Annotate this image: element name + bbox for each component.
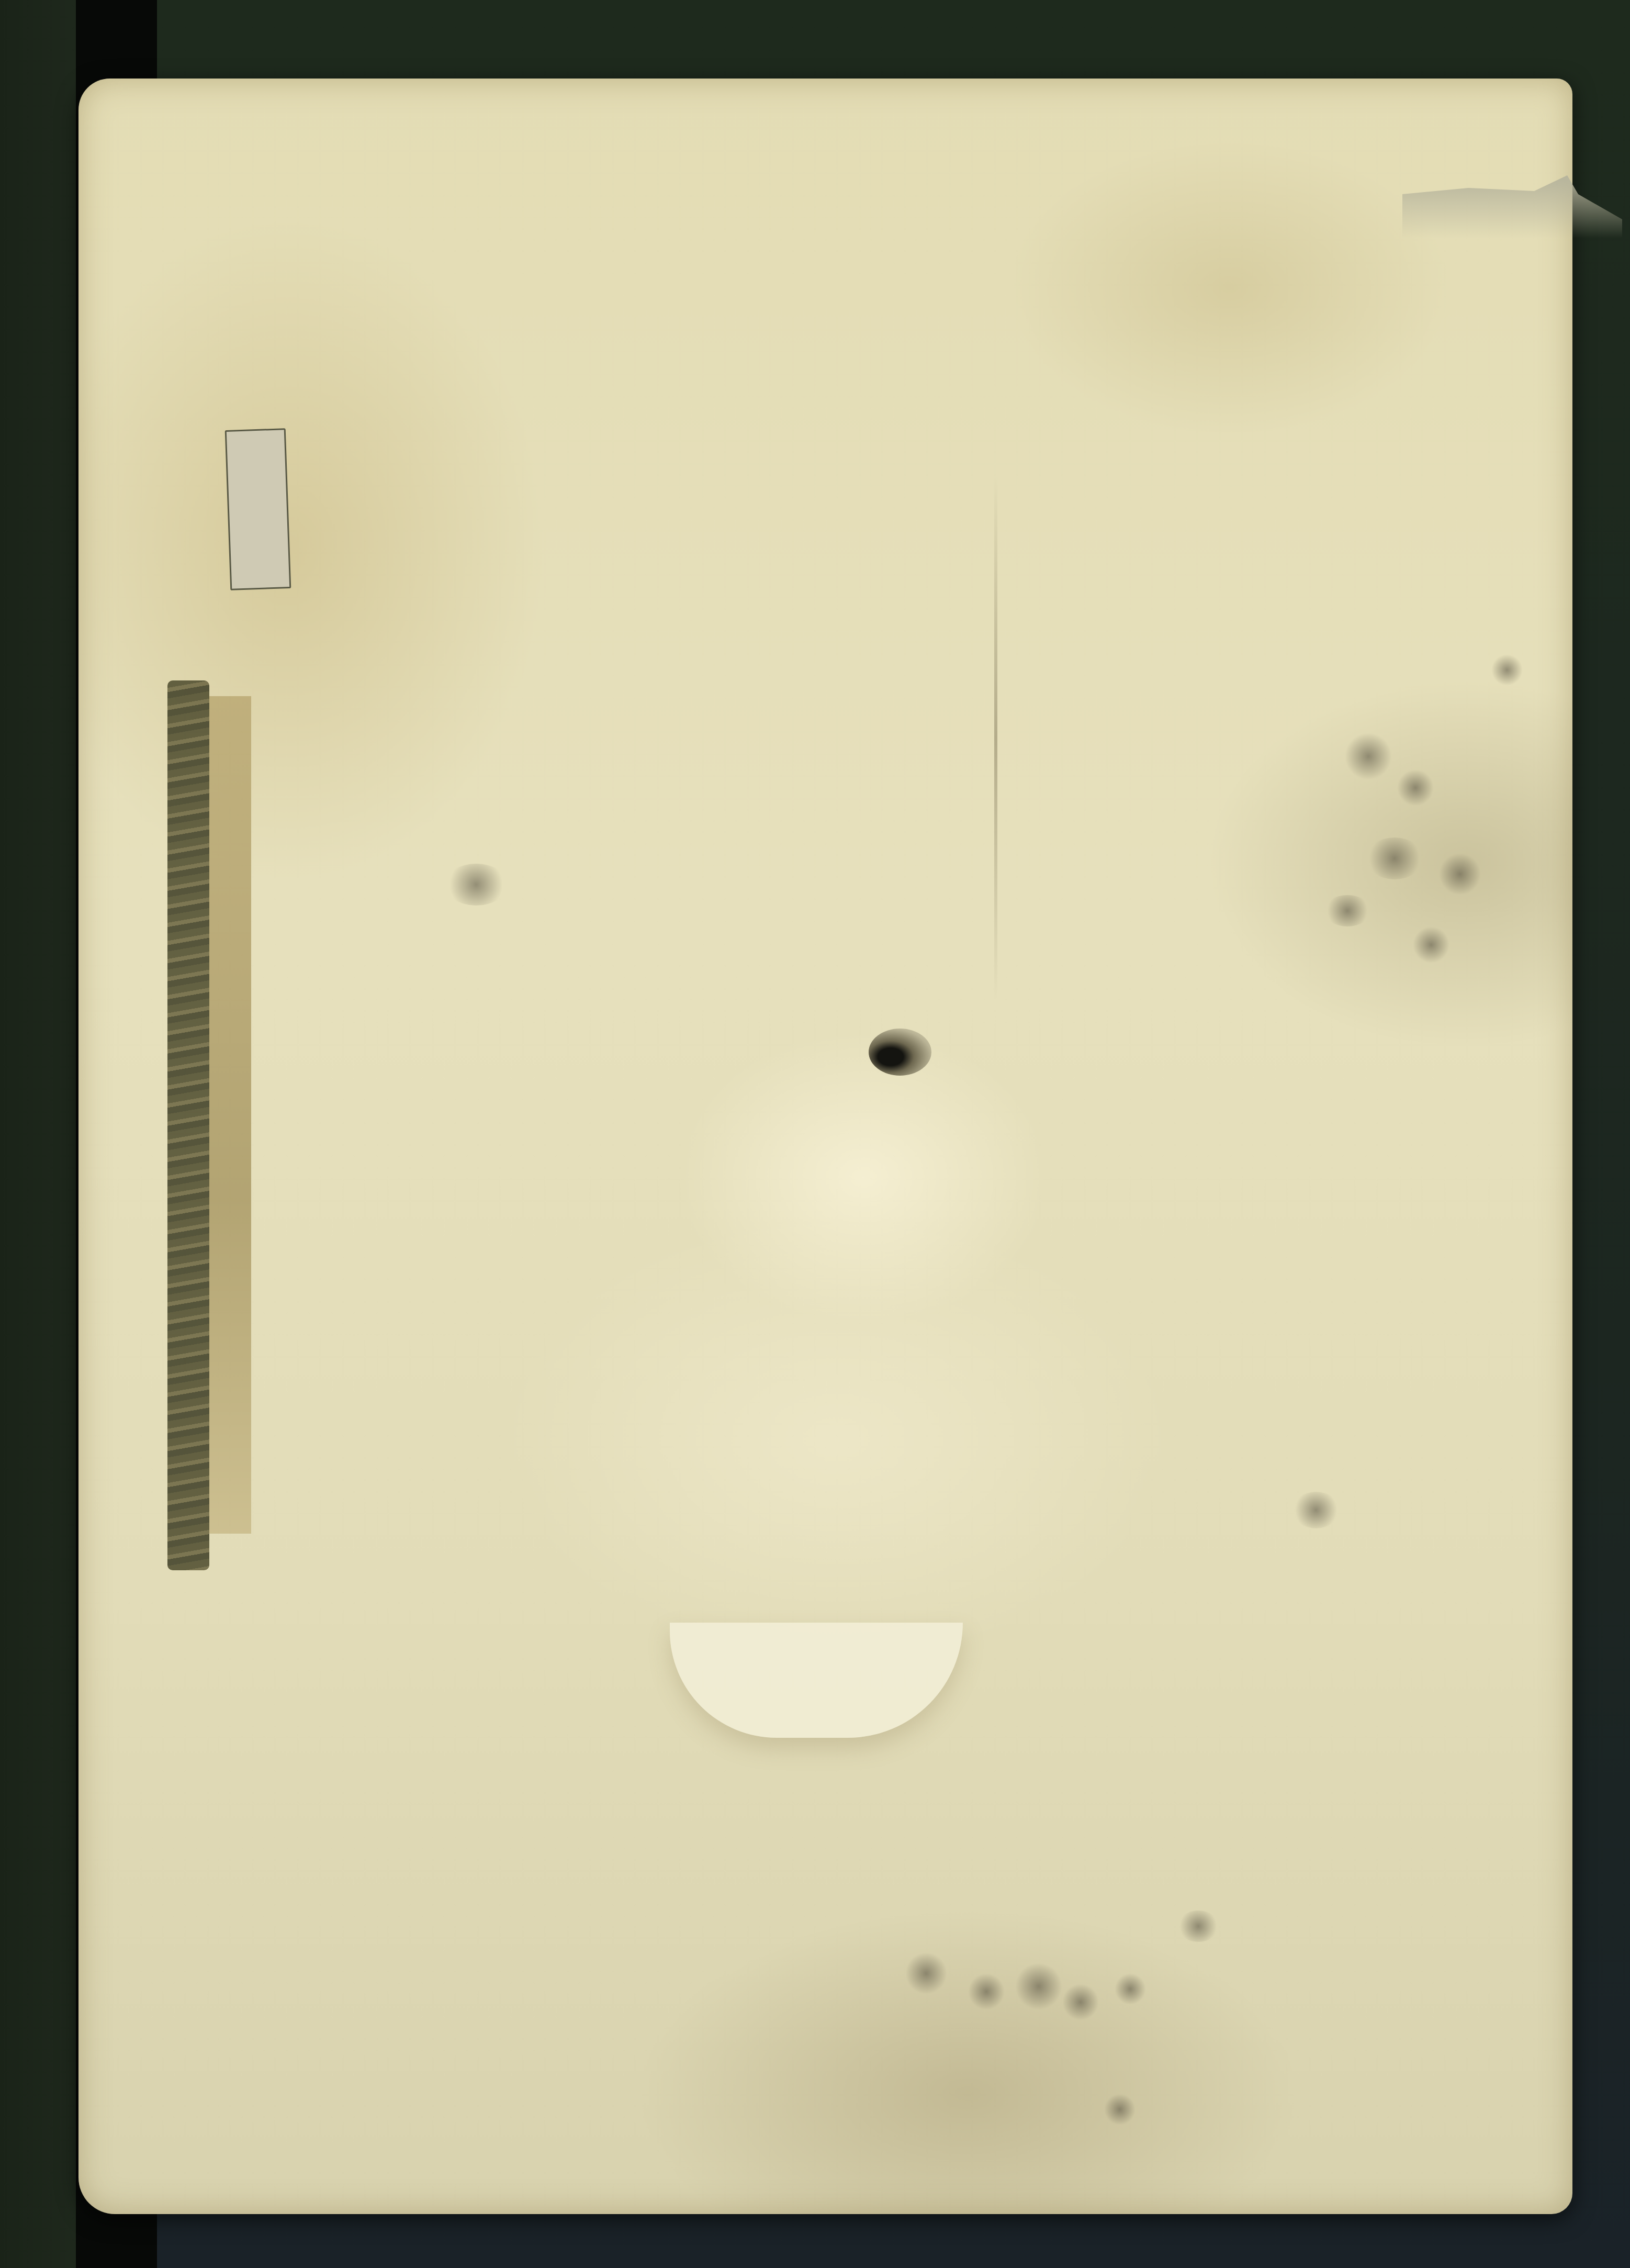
foxing-spots [78,79,1572,2214]
vellum-cover [78,79,1572,2214]
mount-board-left [0,0,76,2268]
scan-scene [0,0,1630,2268]
